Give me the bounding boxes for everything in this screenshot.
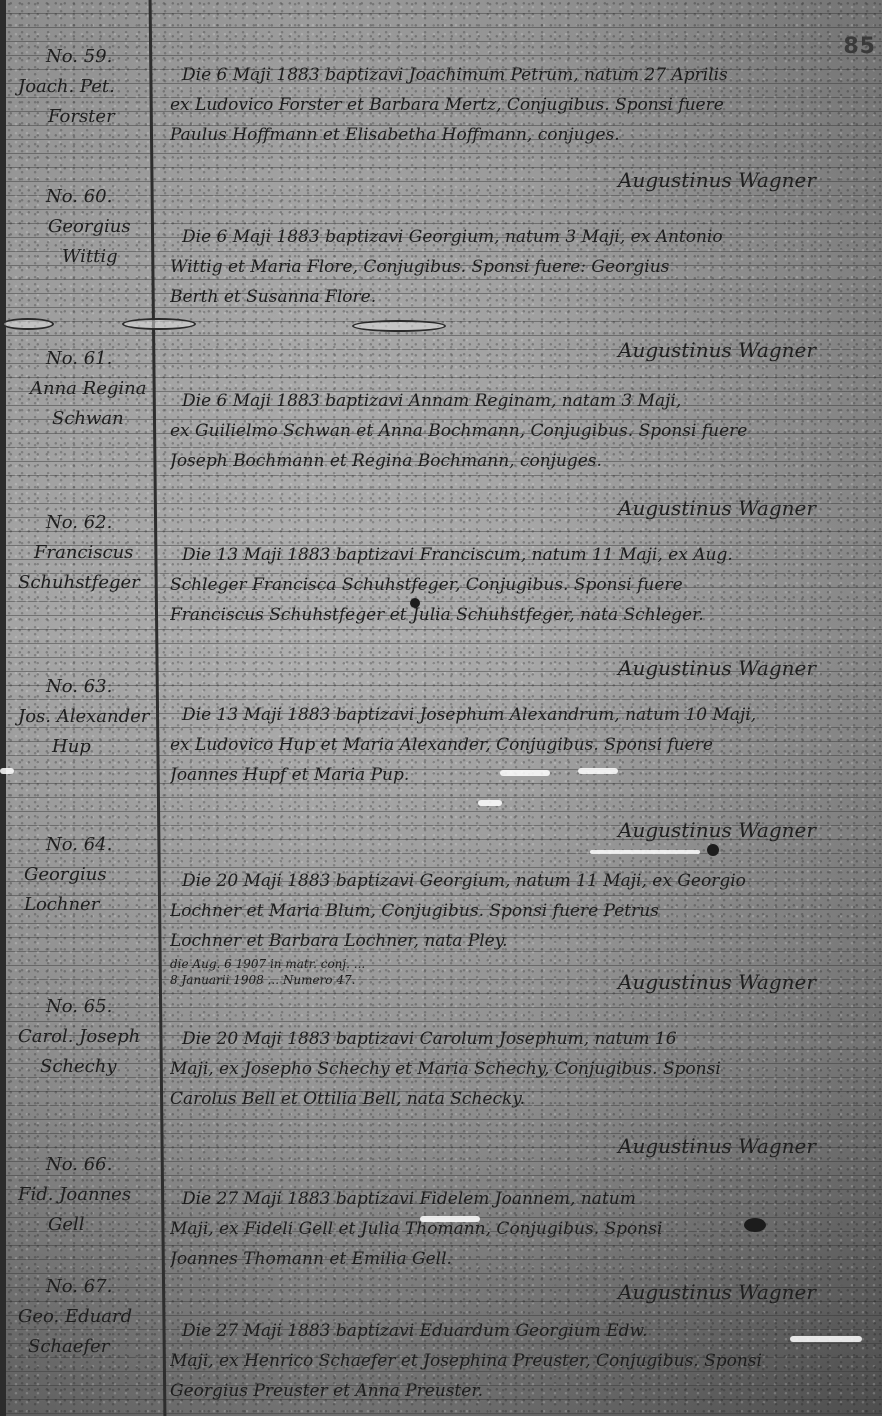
- entry-body: Die 6 Maji 1883 baptizavi Joachimum Petr…: [170, 60, 875, 150]
- entry-body-line: Maji, ex Fideli Gell et Julia Thomann, C…: [170, 1214, 875, 1244]
- entry-body-line: Lochner et Maria Blum, Conjugibus. Spons…: [170, 896, 875, 926]
- entry-name-first: Georgius: [18, 860, 156, 890]
- entry-margin: No. 64. Georgius Lochner: [18, 830, 156, 920]
- separator-flourish: [352, 320, 446, 332]
- entry-number: No. 67.: [18, 1272, 156, 1302]
- scan-artifact: [420, 1216, 480, 1222]
- entry-number: No. 62.: [18, 508, 156, 538]
- scan-artifact: [590, 850, 700, 854]
- separator-flourish: [122, 318, 196, 330]
- entry-body-line: Carolus Bell et Ottilia Bell, nata Schec…: [170, 1084, 875, 1114]
- scan-artifact: [500, 770, 550, 776]
- entry-name-last: Hup: [18, 732, 156, 762]
- entry-margin: No. 59. Joach. Pet. Forster: [18, 42, 156, 132]
- entry-name-first: Anna Regina: [18, 374, 156, 404]
- entry-body: Die 27 Maji 1883 baptizavi Eduardum Geor…: [170, 1316, 875, 1406]
- entry-body-line: ex Guilielmo Schwan et Anna Bochmann, Co…: [170, 416, 875, 446]
- priest-signature: Augustinus Wagner: [618, 1134, 878, 1158]
- ink-blot: [707, 844, 719, 856]
- priest-signature: Augustinus Wagner: [618, 168, 878, 192]
- entry-name-last: Forster: [18, 102, 156, 132]
- entry-body: Die 6 Maji 1883 baptizavi Annam Reginam,…: [170, 386, 875, 476]
- entry-margin: No. 66. Fid. Joannes Gell: [18, 1150, 156, 1240]
- entry-body-line: Die 13 Maji 1883 baptizavi Josephum Alex…: [170, 700, 875, 730]
- ink-blot: [744, 1218, 766, 1232]
- entry-body-line: Die 20 Maji 1883 baptizavi Georgium, nat…: [170, 866, 875, 896]
- entry-number: No. 61.: [18, 344, 156, 374]
- entry-body-line: Georgius Preuster et Anna Preuster.: [170, 1376, 875, 1406]
- entry-name-first: Jos. Alexander: [18, 702, 156, 732]
- entry-name-first: Fid. Joannes: [18, 1180, 156, 1210]
- entry-body-line: Die 6 Maji 1883 baptizavi Georgium, natu…: [170, 222, 875, 252]
- separator-flourish: [2, 318, 54, 330]
- entry-margin: No. 65. Carol. Joseph Schechy: [18, 992, 156, 1082]
- entry-body: Die 27 Maji 1883 baptizavi Fidelem Joann…: [170, 1184, 875, 1274]
- entry-name-last: Schechy: [18, 1052, 156, 1082]
- priest-signature: Augustinus Wagner: [618, 818, 878, 842]
- entry-name-first: Georgius: [18, 212, 156, 242]
- entry-name-first: Joach. Pet.: [18, 72, 156, 102]
- entry-body-line: Berth et Susanna Flore.: [170, 282, 875, 312]
- entry-body-line: Joannes Thomann et Emilia Gell.: [170, 1244, 875, 1274]
- page-left-edge: [0, 0, 6, 1416]
- entry-number: No. 63.: [18, 672, 156, 702]
- entry-name-first: Franciscus: [18, 538, 156, 568]
- entry-name-last: Wittig: [18, 242, 156, 272]
- page-number: 85: [843, 34, 876, 59]
- entry-body-line: Maji, ex Henrico Schaefer et Josephina P…: [170, 1346, 875, 1376]
- scan-artifact: [0, 768, 14, 774]
- priest-signature: Augustinus Wagner: [618, 496, 878, 520]
- entry-body-line: Die 13 Maji 1883 baptizavi Franciscum, n…: [170, 540, 875, 570]
- scan-artifact: [478, 800, 502, 806]
- entry-name-first: Geo. Eduard: [18, 1302, 156, 1332]
- entry-number: No. 64.: [18, 830, 156, 860]
- scan-artifact: [790, 1336, 862, 1342]
- ink-blot: [410, 598, 420, 608]
- entry-body-line: Maji, ex Josepho Schechy et Maria Schech…: [170, 1054, 875, 1084]
- entry-number: No. 59.: [18, 42, 156, 72]
- priest-signature: Augustinus Wagner: [618, 338, 878, 362]
- entry-body-line: Joseph Bochmann et Regina Bochmann, conj…: [170, 446, 875, 476]
- scan-artifact: [578, 768, 618, 774]
- priest-signature: Augustinus Wagner: [618, 1280, 878, 1304]
- entry-body-line: Die 20 Maji 1883 baptizavi Carolum Josep…: [170, 1024, 875, 1054]
- entry-body-line: Die 27 Maji 1883 baptizavi Fidelem Joann…: [170, 1184, 875, 1214]
- entry-body-line: ex Ludovico Hup et Maria Alexander, Conj…: [170, 730, 875, 760]
- entry-margin: No. 61. Anna Regina Schwan: [18, 344, 156, 434]
- entry-body-line: Paulus Hoffmann et Elisabetha Hoffmann, …: [170, 120, 875, 150]
- entry-body: Die 6 Maji 1883 baptizavi Georgium, natu…: [170, 222, 875, 312]
- priest-signature: Augustinus Wagner: [618, 970, 878, 994]
- entry-margin: No. 67. Geo. Eduard Schaefer: [18, 1272, 156, 1362]
- entry-body: Die 20 Maji 1883 baptizavi Carolum Josep…: [170, 1024, 875, 1114]
- entry-body-line: Die 6 Maji 1883 baptizavi Joachimum Petr…: [170, 60, 875, 90]
- entry-name-last: Schwan: [18, 404, 156, 434]
- entry-number: No. 65.: [18, 992, 156, 1022]
- entry-name-last: Schuhstfeger: [18, 568, 156, 598]
- entry-name-last: Lochner: [18, 890, 156, 920]
- priest-signature: Augustinus Wagner: [618, 656, 878, 680]
- entry-margin: No. 60. Georgius Wittig: [18, 182, 156, 272]
- entry-name-last: Schaefer: [18, 1332, 156, 1362]
- entry-body-line: ex Ludovico Forster et Barbara Mertz, Co…: [170, 90, 875, 120]
- entry-margin: No. 62. Franciscus Schuhstfeger: [18, 508, 156, 598]
- entry-body-line: Wittig et Maria Flore, Conjugibus. Spons…: [170, 252, 875, 282]
- scanned-register-page: 85 No. 59. Joach. Pet. Forster Die 6 Maj…: [0, 0, 882, 1416]
- entry-body: Die 13 Maji 1883 baptizavi Franciscum, n…: [170, 540, 875, 630]
- entry-body-line: Lochner et Barbara Lochner, nata Pley.: [170, 926, 875, 956]
- entry-body-line: Die 27 Maji 1883 baptizavi Eduardum Geor…: [170, 1316, 875, 1346]
- entry-number: No. 60.: [18, 182, 156, 212]
- entry-name-last: Gell: [18, 1210, 156, 1240]
- entry-number: No. 66.: [18, 1150, 156, 1180]
- entry-body-line: Die 6 Maji 1883 baptizavi Annam Reginam,…: [170, 386, 875, 416]
- entry-body-line: Schleger Francisca Schuhstfeger, Conjugi…: [170, 570, 875, 600]
- entry-name-first: Carol. Joseph: [18, 1022, 156, 1052]
- entry-margin: No. 63. Jos. Alexander Hup: [18, 672, 156, 762]
- entry-body: Die 13 Maji 1883 baptizavi Josephum Alex…: [170, 700, 875, 790]
- entry-body-line: Franciscus Schuhstfeger et Julia Schuhst…: [170, 600, 875, 630]
